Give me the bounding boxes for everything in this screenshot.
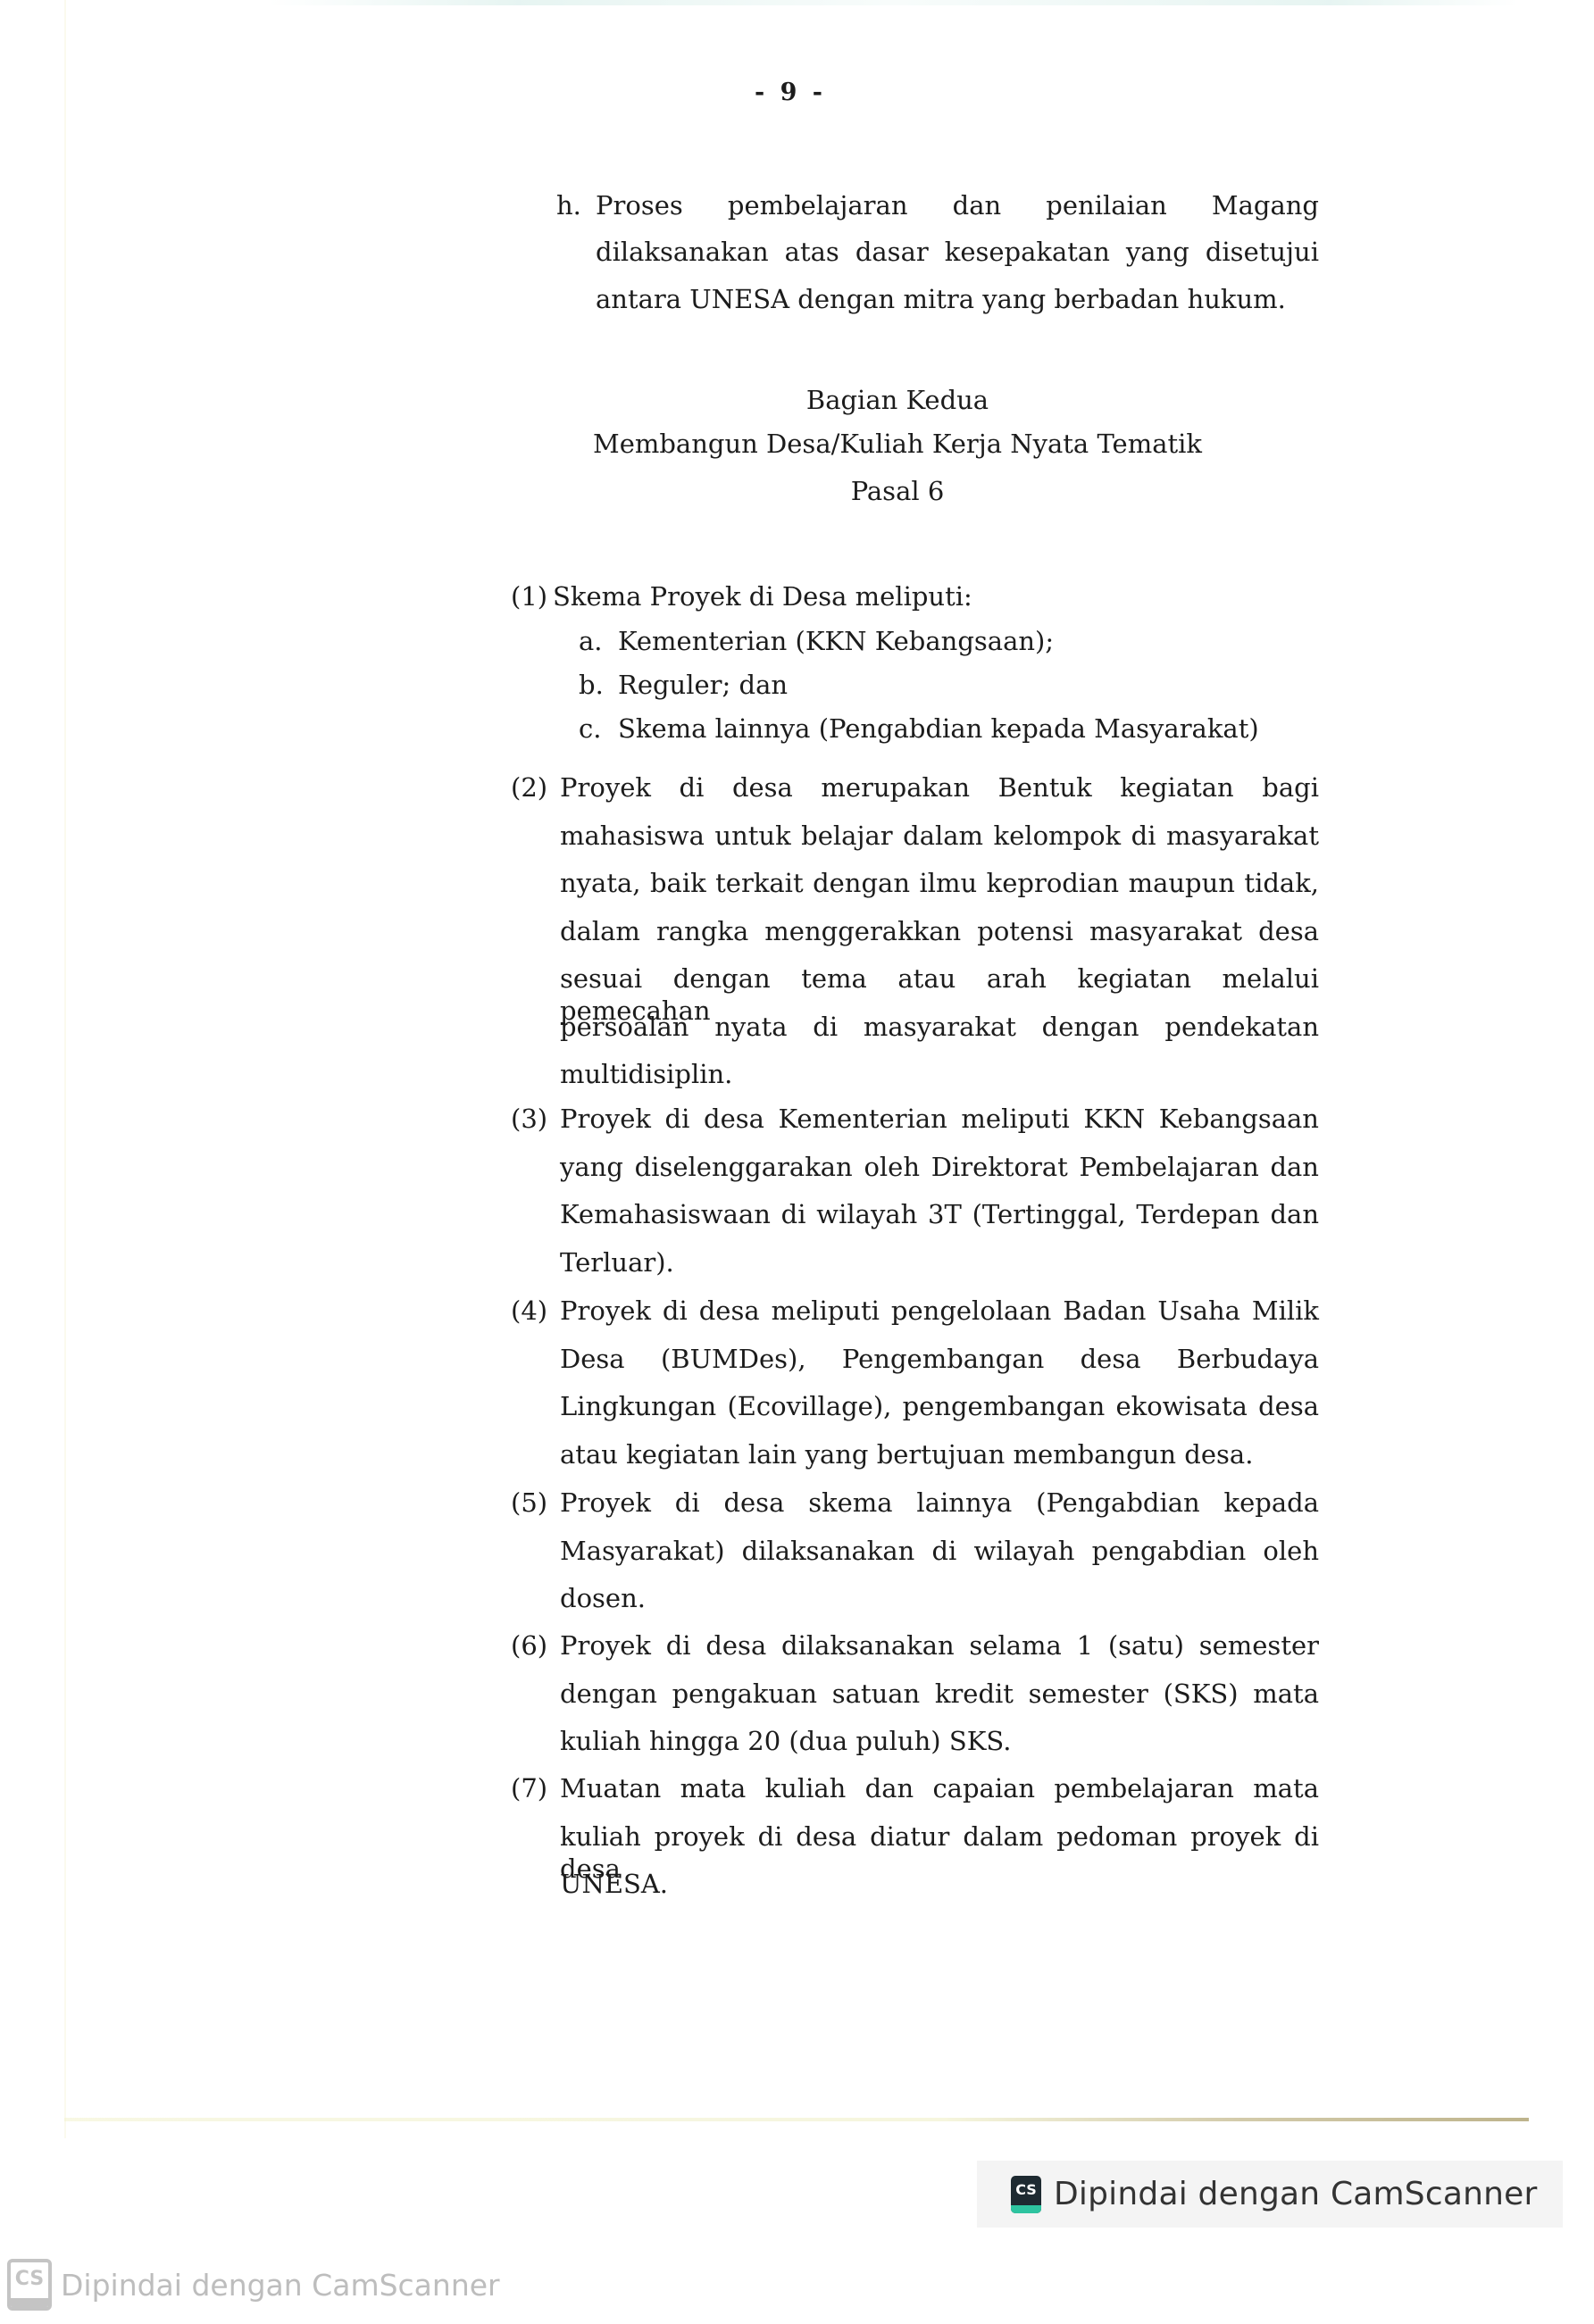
text-line: dilaksanakan atas dasar kesepakatan yang… [596,236,1319,268]
subitem-marker: a. [579,625,603,657]
subitem-text: Reguler; dan [618,669,788,701]
text-line: Kemahasiswaan di wilayah 3T (Tertinggal,… [560,1198,1319,1230]
section-part-heading: Bagian Kedua [0,384,1594,416]
text-line: UNESA. [560,1868,1319,1900]
page-number: - 9 - [0,79,1594,106]
text-line: Terluar). [560,1246,1319,1279]
subitem-marker: b. [579,669,604,701]
text-line: multidisiplin. [560,1058,1319,1090]
paragraph-number: (4) [511,1295,547,1327]
paragraph-number: (6) [511,1629,547,1662]
text-line: Proyek di desa meliputi pengelolaan Bada… [560,1295,1319,1327]
text-line: atau kegiatan lain yang bertujuan memban… [560,1438,1319,1470]
article-heading: Pasal 6 [0,475,1594,507]
text-line: Skema Proyek di Desa meliputi: [553,580,972,612]
text-line: Masyarakat) dilaksanakan di wilayah peng… [560,1535,1319,1567]
text-line: nyata, baik terkait dengan ilmu keprodia… [560,867,1319,899]
paragraph-number: (5) [511,1487,547,1519]
text-line: Muatan mata kuliah dan capaian pembelaja… [560,1772,1319,1804]
camscanner-badge-text: Dipindai dengan CamScanner [1054,2176,1538,2212]
subitem-text: Skema lainnya (Pengabdian kepada Masyara… [618,712,1259,745]
paragraph-number: (1) [511,580,547,612]
text-line: dalam rangka menggerakkan potensi masyar… [560,915,1319,947]
text-line: Proyek di desa merupakan Bentuk kegiatan… [560,771,1319,804]
subitem-text: Kementerian (KKN Kebangsaan); [618,625,1054,657]
text-line: Desa (BUMDes), Pengembangan desa Berbuda… [560,1343,1319,1375]
text-line: antara UNESA dengan mitra yang berbadan … [596,283,1319,315]
text-line: yang diselenggarakan oleh Direktorat Pem… [560,1151,1319,1183]
text-line: mahasiswa untuk belajar dalam kelompok d… [560,820,1319,852]
section-title-heading: Membangun Desa/Kuliah Kerja Nyata Temati… [0,428,1594,460]
text-line: dosen. [560,1582,1319,1614]
text-line: persoalan nyata di masyarakat dengan pen… [560,1011,1319,1043]
scan-edge-line [64,2118,1529,2121]
paragraph-number: (3) [511,1103,547,1135]
text-line: Proyek di desa Kementerian meliputi KKN … [560,1103,1319,1135]
camscanner-footer-logo-icon: CS [7,2259,52,2311]
camscanner-footer-watermark: CS Dipindai dengan CamScanner [7,2263,500,2306]
subitem-marker: c. [579,712,601,745]
camscanner-badge: CS Dipindai dengan CamScanner [977,2161,1563,2228]
text-line: Lingkungan (Ecovillage), pengembangan ek… [560,1390,1319,1422]
camscanner-footer-text: Dipindai dengan CamScanner [61,2268,500,2303]
paragraph-number: (2) [511,771,547,804]
scan-bleed-artifact [268,0,1518,5]
text-line: Proses pembelajaran dan penilaian Magang [596,189,1319,221]
text-line: Proyek di desa dilaksanakan selama 1 (sa… [560,1629,1319,1662]
text-line: dengan pengakuan satuan kredit semester … [560,1678,1319,1710]
camscanner-logo-icon: CS [1011,2176,1041,2213]
text-line: kuliah hingga 20 (dua puluh) SKS. [560,1725,1319,1757]
text-line: Proyek di desa skema lainnya (Pengabdian… [560,1487,1319,1519]
paragraph-number: (7) [511,1772,547,1804]
list-marker-h: h. [556,189,581,221]
